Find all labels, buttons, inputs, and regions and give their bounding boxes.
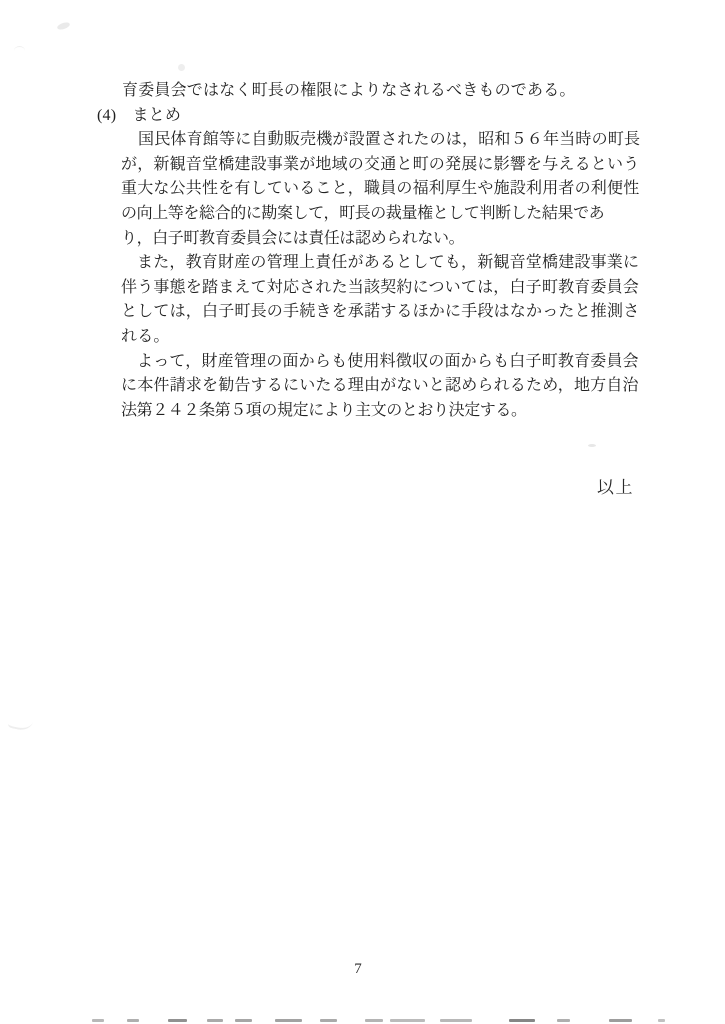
scan-edge-mark xyxy=(609,1019,632,1022)
text-line: よって，財産管理の面からも使用料徴収の面からも白子町教育委員会 xyxy=(137,353,639,370)
text-line: り，白子町教育委員会には責任は認められない。 xyxy=(121,230,464,247)
scan-edge-mark xyxy=(92,1019,104,1022)
scan-smudge xyxy=(588,444,596,447)
text-line: 伴う事態を踏まえて対応された当該契約については，白子町教育委員会 xyxy=(121,279,639,296)
scan-smudge xyxy=(177,63,187,73)
scan-edge-mark xyxy=(235,1019,252,1022)
scan-smudge xyxy=(7,710,34,733)
scan-edge-mark xyxy=(168,1019,187,1022)
text-line: に本件請求を勧告するにいたる理由がないと認められるため，地方自治 xyxy=(121,377,639,394)
scan-edge-mark xyxy=(390,1019,425,1022)
text-line-continuation: 育委員会ではなく町長の権限によりなされるべきものである。 xyxy=(122,82,576,99)
scanned-document-page: 育委員会ではなく町長の権限によりなされるべきものである。 (4) まとめ 国民体… xyxy=(0,0,725,1024)
text-line: 重大な公共性を有していること，職員の福利厚生や施設利用者の利便性 xyxy=(121,180,639,197)
text-line: 法第２４２条第５項の規定により主文のとおり決定する。 xyxy=(121,402,527,419)
section-heading-matome: (4) まとめ xyxy=(97,107,181,124)
scan-edge-mark xyxy=(365,1019,383,1022)
text-line: 国民体育館等に自動販売機が設置されたのは，昭和５６年当時の町長 xyxy=(138,131,640,148)
scan-edge-mark xyxy=(320,1019,337,1022)
text-line: としては，白子町長の手続きを承諾するほかに手段はなかったと推測さ xyxy=(121,303,639,320)
scan-edge-mark xyxy=(509,1019,535,1022)
text-line: また，教育財産の管理上責任があるとしても，新観音堂橋建設事業に xyxy=(137,254,639,271)
page-number: 7 xyxy=(0,961,716,978)
scan-edge-mark xyxy=(275,1019,302,1022)
text-line: が，新観音堂橋建設事業が地域の交通と町の発展に影響を与えるという xyxy=(121,156,639,173)
scan-edge-mark xyxy=(207,1019,223,1022)
text-line: れる。 xyxy=(121,328,170,345)
closing-mark: 以上 xyxy=(597,479,634,497)
scan-edge-mark xyxy=(440,1019,472,1022)
scan-smudge xyxy=(56,21,70,31)
scan-edge-mark xyxy=(658,1019,665,1022)
scan-edge-mark xyxy=(557,1019,570,1022)
scan-edge-mark xyxy=(127,1019,139,1022)
text-line: の向上等を総合的に勘案して，町長の裁量権として判断した結果であ xyxy=(121,205,604,222)
scan-smudge xyxy=(14,46,25,55)
